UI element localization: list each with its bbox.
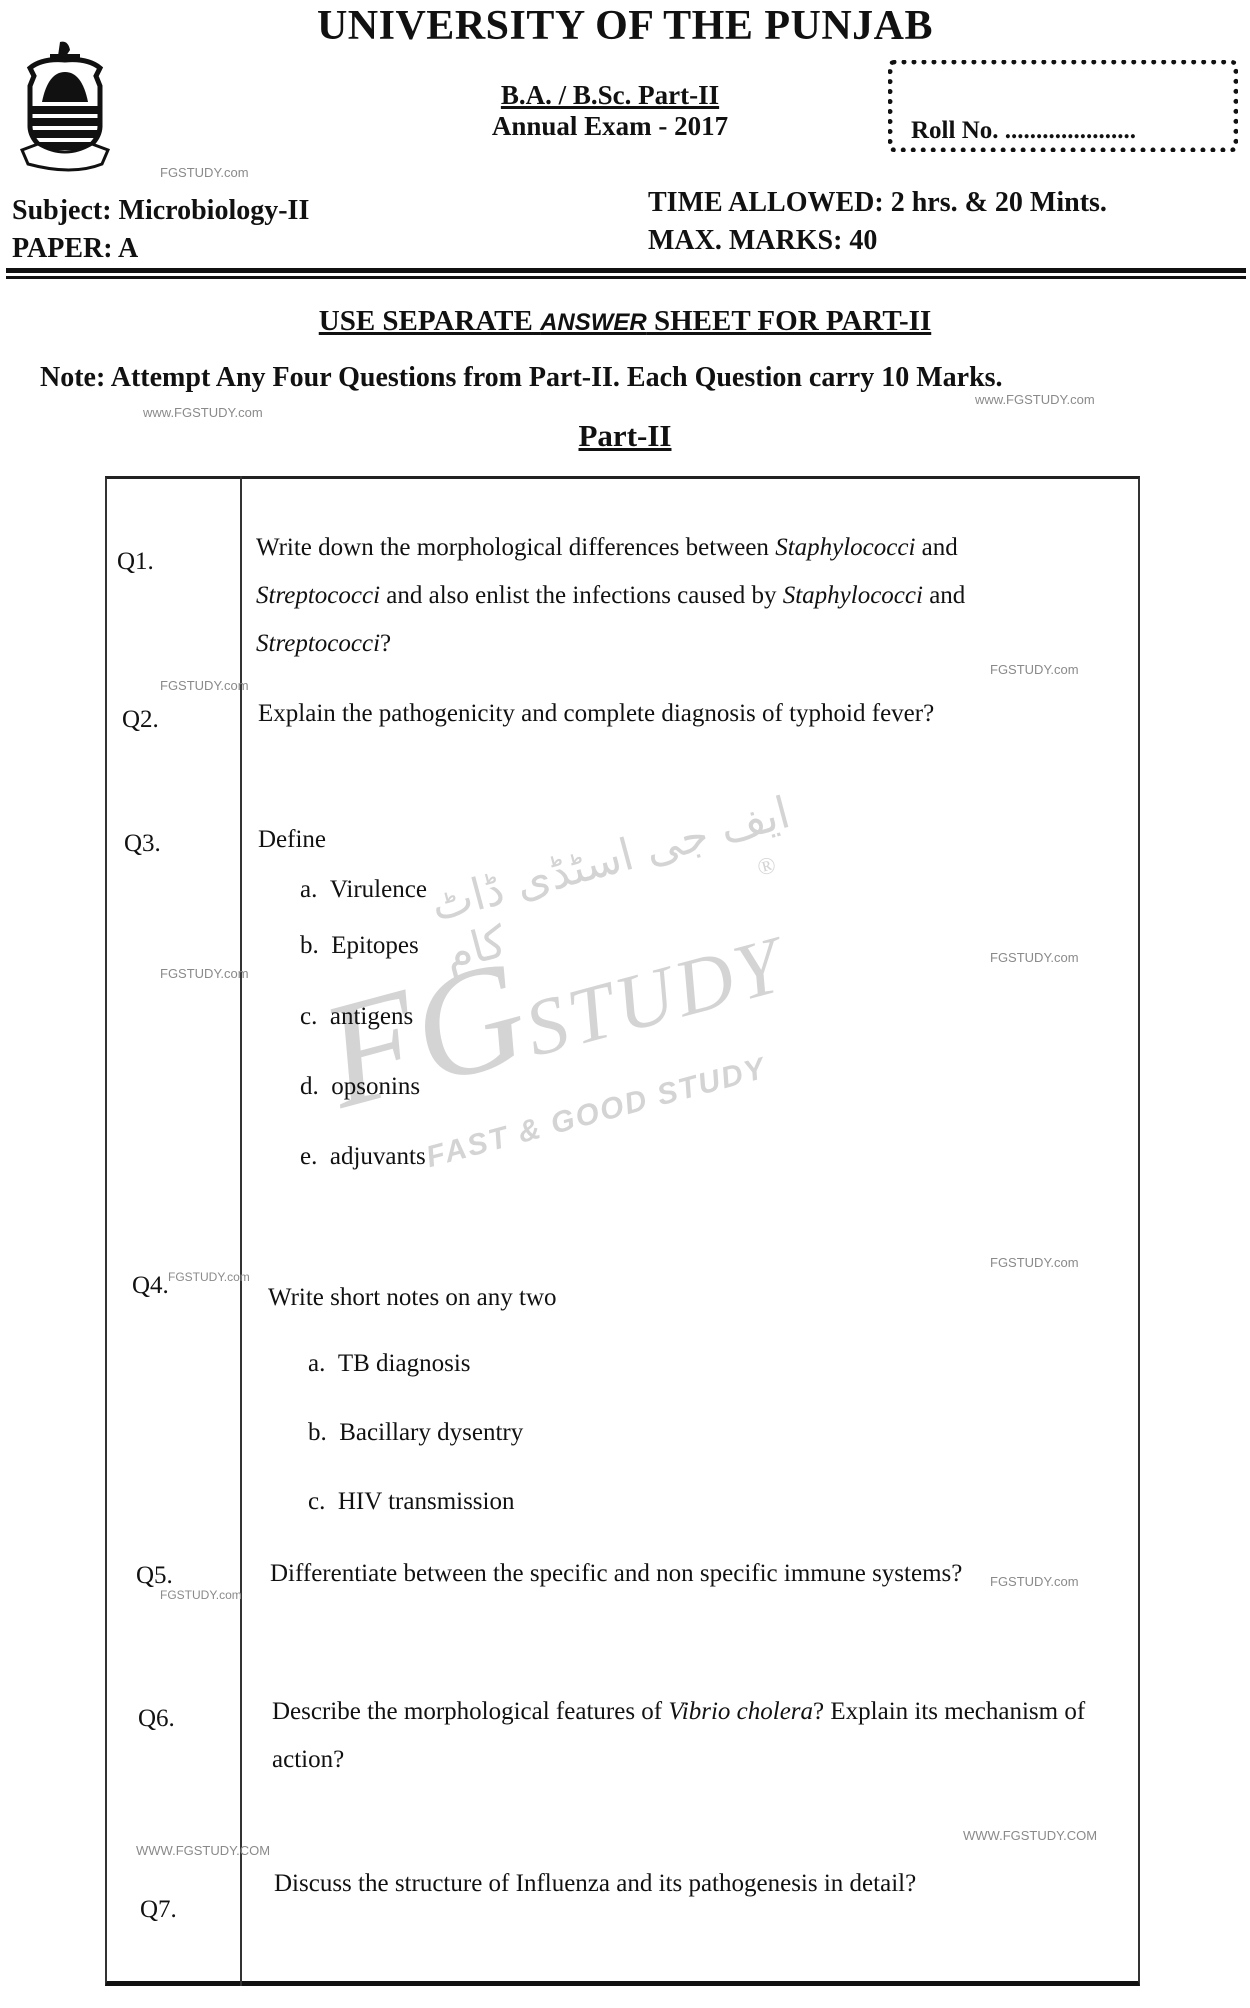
subject-block: Subject: Microbiology-II PAPER: A xyxy=(12,192,309,268)
list-item: c. antigens xyxy=(300,1003,413,1031)
question-number: Q2. xyxy=(122,706,159,734)
subject-label: Subject: Microbiology-II xyxy=(12,192,309,230)
handwritten-word: ANSWER xyxy=(540,309,647,336)
separate-sheet-instruction: USE SEPARATE ANSWER SHEET FOR PART-II xyxy=(0,305,1250,338)
list-item: d. opsonins xyxy=(300,1073,420,1101)
max-marks: MAX. MARKS: 40 xyxy=(648,222,1107,260)
header-divider-thin xyxy=(6,276,1246,279)
watermark-text: FGSTUDY.com xyxy=(990,662,1079,677)
watermark-text: FGSTUDY.com xyxy=(168,1270,250,1284)
watermark-text: WWW.FGSTUDY.COM xyxy=(136,1843,270,1858)
instruction-suffix: SHEET FOR PART-II xyxy=(647,305,932,337)
list-item: a. TB diagnosis xyxy=(308,1350,471,1378)
watermark-text: FGSTUDY.com xyxy=(160,1588,242,1602)
part-title: Part-II xyxy=(0,418,1250,454)
question-text: Describe the morphological features of V… xyxy=(272,1688,1092,1784)
watermark-text: www.FGSTUDY.com xyxy=(975,392,1095,407)
university-title: UNIVERSITY OF THE PUNJAB xyxy=(0,2,1250,50)
exam-year: Annual Exam - 2017 xyxy=(470,111,750,142)
question-text: Write down the morphological differences… xyxy=(256,524,1076,668)
list-item: b. Bacillary dysentry xyxy=(308,1419,523,1447)
instruction-prefix: USE SEPARATE xyxy=(319,305,540,337)
watermark-study: STUDY xyxy=(516,920,794,1073)
paper-label: PAPER: A xyxy=(12,230,309,268)
watermark-text: FGSTUDY.com xyxy=(160,165,249,180)
question-text: Discuss the structure of Influenza and i… xyxy=(274,1860,1094,1908)
question-text: Write short notes on any two xyxy=(268,1274,557,1322)
university-crest-icon xyxy=(20,40,110,175)
header-divider xyxy=(6,268,1246,273)
list-item: a. Virulence xyxy=(300,876,427,904)
watermark-text: FGSTUDY.com xyxy=(990,950,1079,965)
roll-number-label: Roll No. ..................... xyxy=(911,117,1136,145)
question-number: Q7. xyxy=(140,1896,177,1924)
question-text: Explain the pathogenicity and complete d… xyxy=(258,690,1078,738)
roll-number-box: Roll No. ..................... xyxy=(888,60,1238,152)
time-allowed: TIME ALLOWED: 2 hrs. & 20 Mints. xyxy=(648,184,1107,222)
watermark-text: FGSTUDY.com xyxy=(990,1255,1079,1270)
watermark-text: FGSTUDY.com xyxy=(990,1574,1079,1589)
list-item: b. Epitopes xyxy=(300,932,419,960)
question-number: Q6. xyxy=(138,1705,175,1733)
question-number: Q5. xyxy=(136,1562,173,1590)
question-number: Q3. xyxy=(124,830,161,858)
column-separator xyxy=(240,476,242,1986)
list-item: c. HIV transmission xyxy=(308,1488,514,1516)
watermark-text: FGSTUDY.com xyxy=(160,966,249,981)
degree-label: B.A. / B.Sc. Part-II xyxy=(470,80,750,111)
note-instruction: Note: Attempt Any Four Questions from Pa… xyxy=(40,362,1003,394)
question-number: Q4. xyxy=(132,1272,169,1300)
question-text: Define xyxy=(258,816,326,864)
watermark-text: FGSTUDY.com xyxy=(160,678,249,693)
exam-info: B.A. / B.Sc. Part-II Annual Exam - 2017 xyxy=(470,80,750,142)
question-number: Q1. xyxy=(117,548,154,576)
time-marks-block: TIME ALLOWED: 2 hrs. & 20 Mints. MAX. MA… xyxy=(648,184,1107,260)
list-item: e. adjuvants xyxy=(300,1143,426,1171)
watermark-text: WWW.FGSTUDY.COM xyxy=(963,1828,1097,1843)
